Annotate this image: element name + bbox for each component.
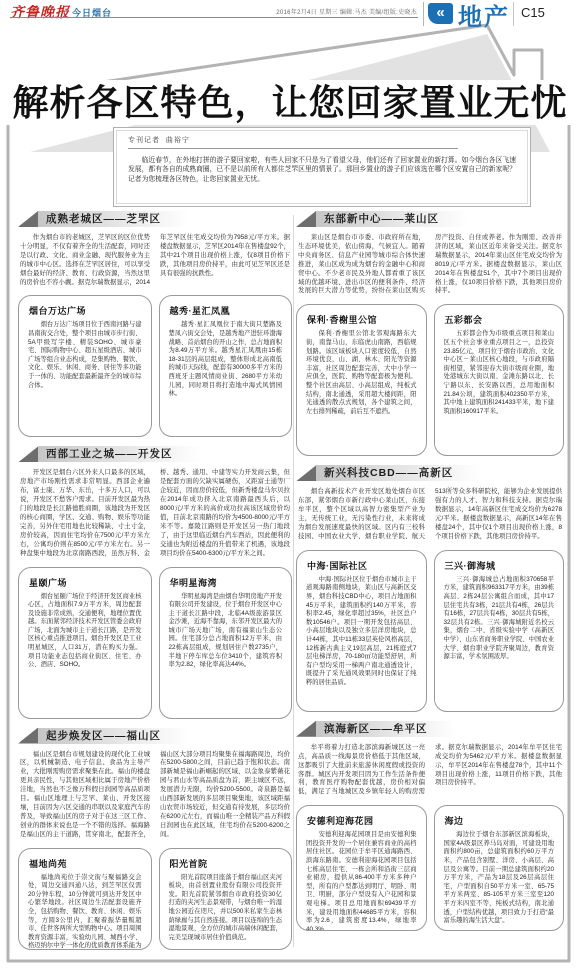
project-card-text: 阳光首院项目座落于烟台福山区夹河板块，由首创置业股份有限公司投资开发。阳光首院紧…: [169, 874, 283, 943]
page-number: C15: [521, 5, 545, 20]
section-chevron-icon: «: [428, 3, 453, 24]
triangle-icon: [18, 446, 38, 462]
project-card-text: 海边位于烟台东部新区滨海板块，国家4A级景区养马岛对面，可建设用地面积约800亩…: [444, 831, 555, 926]
project-card-text: 烟台万达广场项目位于西南河路与建昌南街交合处，整个项目由城市步行街、5A甲级写字…: [28, 321, 142, 390]
section-title-label: 成熟老城区——芝罘区: [38, 211, 189, 227]
district-overview-text: 牟平将着力打造北部滨海新城区这一亮点，高品质一线海景房价格低于其他区域，这都吸引…: [298, 744, 562, 797]
newspaper-page: 齐鲁晚报 今日烟台 2016年2月4日 星期三 编辑:马杰 美编/组版:史晓杰 …: [0, 0, 580, 975]
project-card: 阳光首院 阳光首院项目座落于烟台福山区夹河板块，由首创置业股份有限公司投资开发。…: [159, 848, 293, 950]
project-card-row: 安德利迎海花园 安德利迎海花园项目是由安德利集团投资开发的一个居住兼容商业的高档…: [296, 805, 564, 931]
district-overview-text: 莱山区是烟台市市委、市政府所在地，生态环境优美，依山傍海，气候宜人。随着中央商务…: [298, 234, 562, 296]
project-card-title: 五彩都会: [445, 313, 555, 326]
byline-rule: [128, 148, 458, 149]
project-card-text: 保利·香榭里公馆北邻观海路东大街，南靠马山，东临虎山南路，西临规划路。该区域板块…: [306, 330, 417, 416]
newspaper-logo: 齐鲁晚报: [10, 2, 70, 22]
project-card-text: 中海·国际社区位于烟台市城市主干道观海路南侧地块，莱山区与高新区交界，烟台科技C…: [306, 576, 417, 688]
triangle-icon: [296, 465, 316, 481]
section-title-label: 东部新中心——莱山区: [316, 211, 467, 227]
project-card-row: 星颐广场 烟台星颐广场位于经济开发区商业核心区，占地面积7.9万平方米，周边配套…: [18, 567, 292, 719]
project-card-title: 阳光首院: [170, 857, 283, 870]
right-column: 东部新中心——莱山区 莱山区是烟台市市委、市政府所在地，生态环境优美，依山傍海，…: [296, 211, 564, 940]
district-section-title-fushan: 起步焕发区——福山区: [18, 728, 292, 744]
project-card: 保利·香榭里公馆 保利·香榭里公馆北邻观海路东大街，南靠马山，东临虎山南路，西临…: [296, 304, 427, 456]
project-card: 华明星海湾 华明星海湾是由烟台华明房地产开发有限公司开发建设，位于烟台开发区中心…: [159, 567, 293, 719]
project-card: 安德利迎海花园 安德利迎海花园项目是由安德利集团投资开发的一个居住兼容商业的高档…: [296, 805, 427, 931]
masthead-bar: 齐鲁晚报 今日烟台 2016年2月4日 星期三 编辑:马杰 美编/组版:史晓杰 …: [0, 0, 580, 30]
project-card-row: 中海·国际社区 中海·国际社区位于烟台市城市主干道观海路南侧地块，莱山区与高新区…: [296, 550, 564, 712]
project-card-title: 烟台万达广场: [29, 304, 142, 317]
section-title-label: 滨海新区——牟平区: [316, 721, 456, 737]
district-section-title-gaoxin: 新兴科技CBD——高新区: [296, 465, 564, 481]
byline: 专刊记者 曲裕宁: [128, 135, 516, 145]
section-title-label: 西部工业之城——开发区: [38, 446, 201, 462]
district-section-title-muping: 滨海新区——牟平区: [296, 721, 564, 737]
project-card-title: 星颐广场: [29, 576, 142, 589]
column-rule: [293, 215, 294, 947]
project-card-text: 福地尚苑位于崇文街与聚福路交会处，周边交通四通八达，到芝罘区仅需20分钟车程，1…: [28, 874, 142, 950]
masthead-rule: [10, 17, 418, 18]
intro-text: 临近春节，在外地打拼的游子要回家啦，有些人回家不只是为了看望父母，他们还有了回家…: [128, 156, 516, 184]
project-card-title: 越秀·星汇凤凰: [170, 304, 283, 317]
project-card-text: 安德利迎海花园项目是由安德利集团投资开发的一个居住兼容商业的高档居住社区。花园位…: [306, 831, 417, 931]
project-card-title: 福地尚苑: [29, 857, 142, 870]
intro-box: 专刊记者 曲裕宁 临近春节，在外地打拼的游子要回家啦，有些人回家不只是为了看望父…: [113, 127, 531, 207]
project-card: 福地尚苑 福地尚苑位于崇文街与聚福路交会处，周边交通四通八达，到芝罘区仅需20分…: [18, 848, 152, 950]
project-card-title: 三兴·御海城: [445, 559, 555, 572]
section-title-label: 新兴科技CBD——高新区: [316, 465, 481, 481]
project-card-title: 中海·国际社区: [307, 559, 417, 572]
triangle-icon: [296, 721, 316, 737]
project-card-row: 保利·香榭里公馆 保利·香榭里公馆北邻观海路东大街，南靠马山，东临虎山南路，西临…: [296, 304, 564, 456]
project-card-title: 安德利迎海花园: [307, 814, 417, 827]
project-card: 海边 海边位于烟台东部新区滨海板块，国家4A级景区养马岛对面，可建设用地面积约8…: [434, 805, 565, 931]
district-overview-text: 福山区是烟台市规划建设的现代化工业城区，以机械制造、电子信息、食品为主导产业，大…: [20, 751, 290, 840]
project-card-title: 华明星海湾: [170, 576, 283, 589]
district-overview-text: 烟台高新技术产业开发区地处烟台市区东部，紧邻烟台市新行政中心莱山区，东接牟平区，…: [298, 488, 562, 541]
byline-label: 专刊记者: [128, 137, 160, 144]
triangle-icon: [296, 211, 316, 227]
project-card-row: 烟台万达广场 烟台万达广场项目位于西南河路与建昌南街交合处，整个项目由城市步行街…: [18, 295, 292, 437]
district-section-title-laishan: 东部新中心——莱山区: [296, 211, 564, 227]
project-card: 三兴·御海城 三兴·御海城总占地面积370658平方米，建筑面积963317平方…: [434, 550, 565, 712]
project-card: 越秀·星汇凤凰 越秀·星汇凤凰位于南大街只楚路及楚凤六街交会处，是越秀地产进驻环…: [159, 295, 293, 437]
project-card: 中海·国际社区 中海·国际社区位于烟台市城市主干道观海路南侧地块，莱山区与高新区…: [296, 550, 427, 712]
project-card-row: 福地尚苑 福地尚苑位于崇文街与聚福路交会处，周边交通四通八达，到芝罘区仅需20分…: [18, 848, 292, 950]
project-card: 星颐广场 烟台星颐广场位于经济开发区商业核心区，占地面积7.9万平方米，周边配套…: [18, 567, 152, 719]
triangle-icon: [18, 728, 38, 744]
project-card-text: 烟台星颐广场位于经济开发区商业核心区，占地面积7.9万平方米，周边配套及设施非常…: [28, 593, 142, 670]
section-title-label: 起步焕发区——福山区: [38, 728, 189, 744]
project-card-text: 越秀·星汇凤凰位于南大街只楚路及楚凤六街交会处，是越秀地产进驻环渤海战略、首站烟…: [169, 321, 283, 398]
project-card: 五彩都会 五彩都会作为市级重点项目和莱山区五个社会事业重点项目之一，总投资23.…: [434, 304, 565, 456]
project-card-title: 海边: [445, 814, 555, 827]
district-overview-text: 作为烟台市的老城区，芝罘区的区位优势十分明显，不仅有着齐全的生活配套，同时还是以…: [20, 234, 290, 287]
byline-name: 曲裕宁: [166, 137, 190, 144]
project-card-text: 五彩都会作为市级重点项目和莱山区五个社会事业重点项目之一，总投资23.85亿元，…: [444, 330, 555, 416]
masthead-divider: [423, 2, 424, 26]
masthead-divider: [513, 2, 514, 26]
district-overview-text: 开发区是烟台六区外来人口最多的区域，房地产市场刚性需求非常明显。西部企业遍布，富…: [20, 469, 290, 558]
project-card-text: 三兴·御海城总占地面积370658平方米，建筑面积963317平方米，由39栋高…: [444, 576, 555, 662]
project-card: 烟台万达广场 烟台万达广场项目位于西南河路与建昌南街交合处，整个项目由城市步行街…: [18, 295, 152, 437]
dateline: 2016年2月4日 星期三 编辑:马杰 美编/组版:史晓杰: [276, 7, 417, 16]
project-card-text: 华明星海湾是由烟台华明房地产开发有限公司开发建设，位于烟台开发区中心主干道长江路…: [169, 593, 283, 670]
main-headline: 解析各区特色，让您回家置业无忧: [0, 80, 580, 125]
district-section-title-kaifaqu: 西部工业之城——开发区: [18, 446, 292, 462]
triangle-icon: [18, 211, 38, 227]
page-section-name: 地产: [458, 0, 510, 32]
left-column: 成熟老城区——芝罘区 作为烟台市的老城区，芝罘区的区位优势十分明显，不仅有着齐全…: [18, 211, 292, 959]
district-section-title-zhifu: 成熟老城区——芝罘区: [18, 211, 292, 227]
project-card-title: 保利·香榭里公馆: [307, 313, 417, 326]
